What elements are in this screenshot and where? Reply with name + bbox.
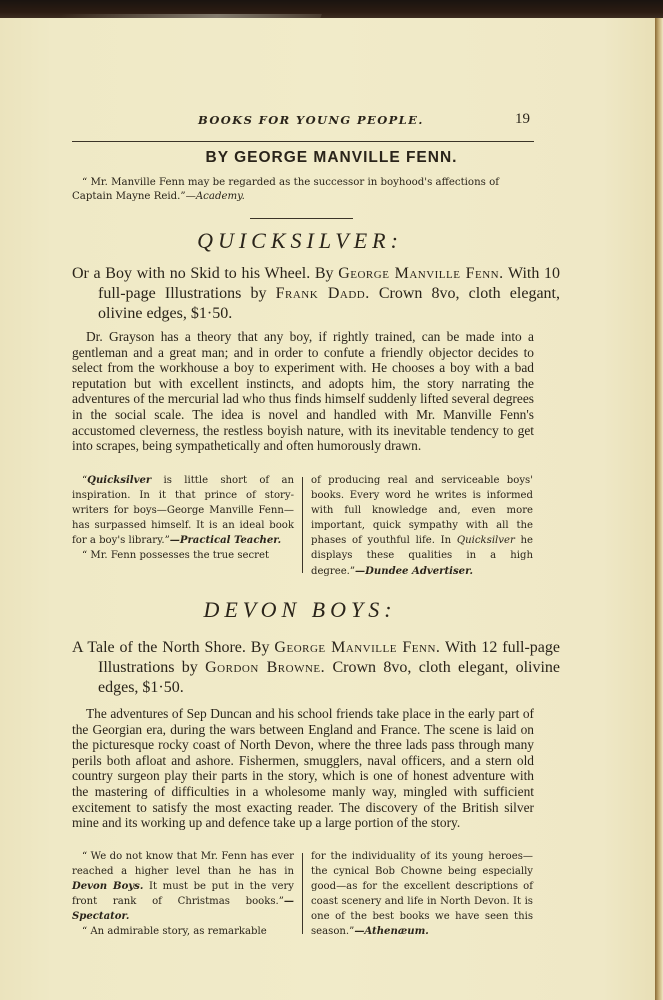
desc-author: George Manville Fenn. bbox=[274, 639, 440, 656]
epigraph-source: —Academy. bbox=[186, 191, 245, 202]
page-number: 19 bbox=[515, 111, 530, 128]
desc-illustrator: Gordon Browne. bbox=[205, 659, 325, 676]
review-column-right: of producing real and serviceable boys' … bbox=[311, 473, 533, 579]
column-divider bbox=[302, 477, 303, 573]
book-description-devon-boys: A Tale of the North Shore. By George Man… bbox=[72, 638, 560, 698]
review-quote-continued: for the individuality of its young heroe… bbox=[311, 849, 533, 940]
review-column-left: “Quicksilver is little short of an inspi… bbox=[72, 473, 294, 579]
desc-lead: A Tale of the North Shore. By bbox=[72, 639, 274, 656]
quote-text: for the individuality of its young heroe… bbox=[311, 851, 533, 937]
epigraph-quote: “ Mr. Manville Fenn may be regarded as t… bbox=[72, 177, 499, 202]
review-quote: “Quicksilver is little short of an inspi… bbox=[72, 473, 294, 548]
author-epigraph: “ Mr. Manville Fenn may be regarded as t… bbox=[72, 176, 534, 204]
review-quote: “ Mr. Fenn possesses the true secret bbox=[72, 548, 294, 563]
running-head: BOOKS FOR YOUNG PEOPLE. 19 bbox=[72, 113, 534, 142]
quote-source: —Practical Teacher. bbox=[170, 535, 281, 546]
quote-source: —Athenæum. bbox=[354, 926, 428, 937]
quote-book-title: Devon Boys. bbox=[72, 881, 143, 892]
reviews-quicksilver: “Quicksilver is little short of an inspi… bbox=[72, 473, 534, 579]
desc-lead: Or a Boy with no Skid to his Wheel. By bbox=[72, 265, 338, 282]
book-title-quicksilver: QUICKSILVER: bbox=[0, 228, 600, 254]
desc-illustrator: Frank Dadd. bbox=[276, 285, 370, 302]
quote-source: —Dundee Advertiser. bbox=[355, 566, 473, 577]
quote-book-title: Quicksilver bbox=[87, 475, 151, 486]
book-summary-devon-boys: The adventures of Sep Duncan and his sch… bbox=[72, 706, 534, 831]
book-summary-quicksilver: Dr. Grayson has a theory that any boy, i… bbox=[72, 329, 534, 454]
book-title-devon-boys: DEVON BOYS: bbox=[0, 597, 600, 623]
reviews-devon-boys: “ We do not know that Mr. Fenn has ever … bbox=[72, 849, 534, 940]
quote-text: “ We do not know that Mr. Fenn has ever … bbox=[72, 851, 294, 877]
review-column-right: for the individuality of its young heroe… bbox=[311, 849, 533, 940]
book-description-quicksilver: Or a Boy with no Skid to his Wheel. By G… bbox=[72, 264, 560, 324]
column-divider bbox=[302, 853, 303, 934]
section-divider bbox=[250, 218, 353, 219]
desc-author: George Manville Fenn. bbox=[338, 265, 503, 282]
running-title: BOOKS FOR YOUNG PEOPLE. bbox=[198, 113, 424, 127]
review-quote: “ An admirable story, as remarkable bbox=[72, 924, 294, 939]
review-column-left: “ We do not know that Mr. Fenn has ever … bbox=[72, 849, 294, 940]
quote-book-title: Quicksilver bbox=[457, 535, 515, 546]
author-heading: BY GEORGE MANVILLE FENN. bbox=[0, 149, 663, 167]
review-quote: “ We do not know that Mr. Fenn has ever … bbox=[72, 849, 294, 924]
review-quote-continued: of producing real and serviceable boys' … bbox=[311, 473, 533, 579]
